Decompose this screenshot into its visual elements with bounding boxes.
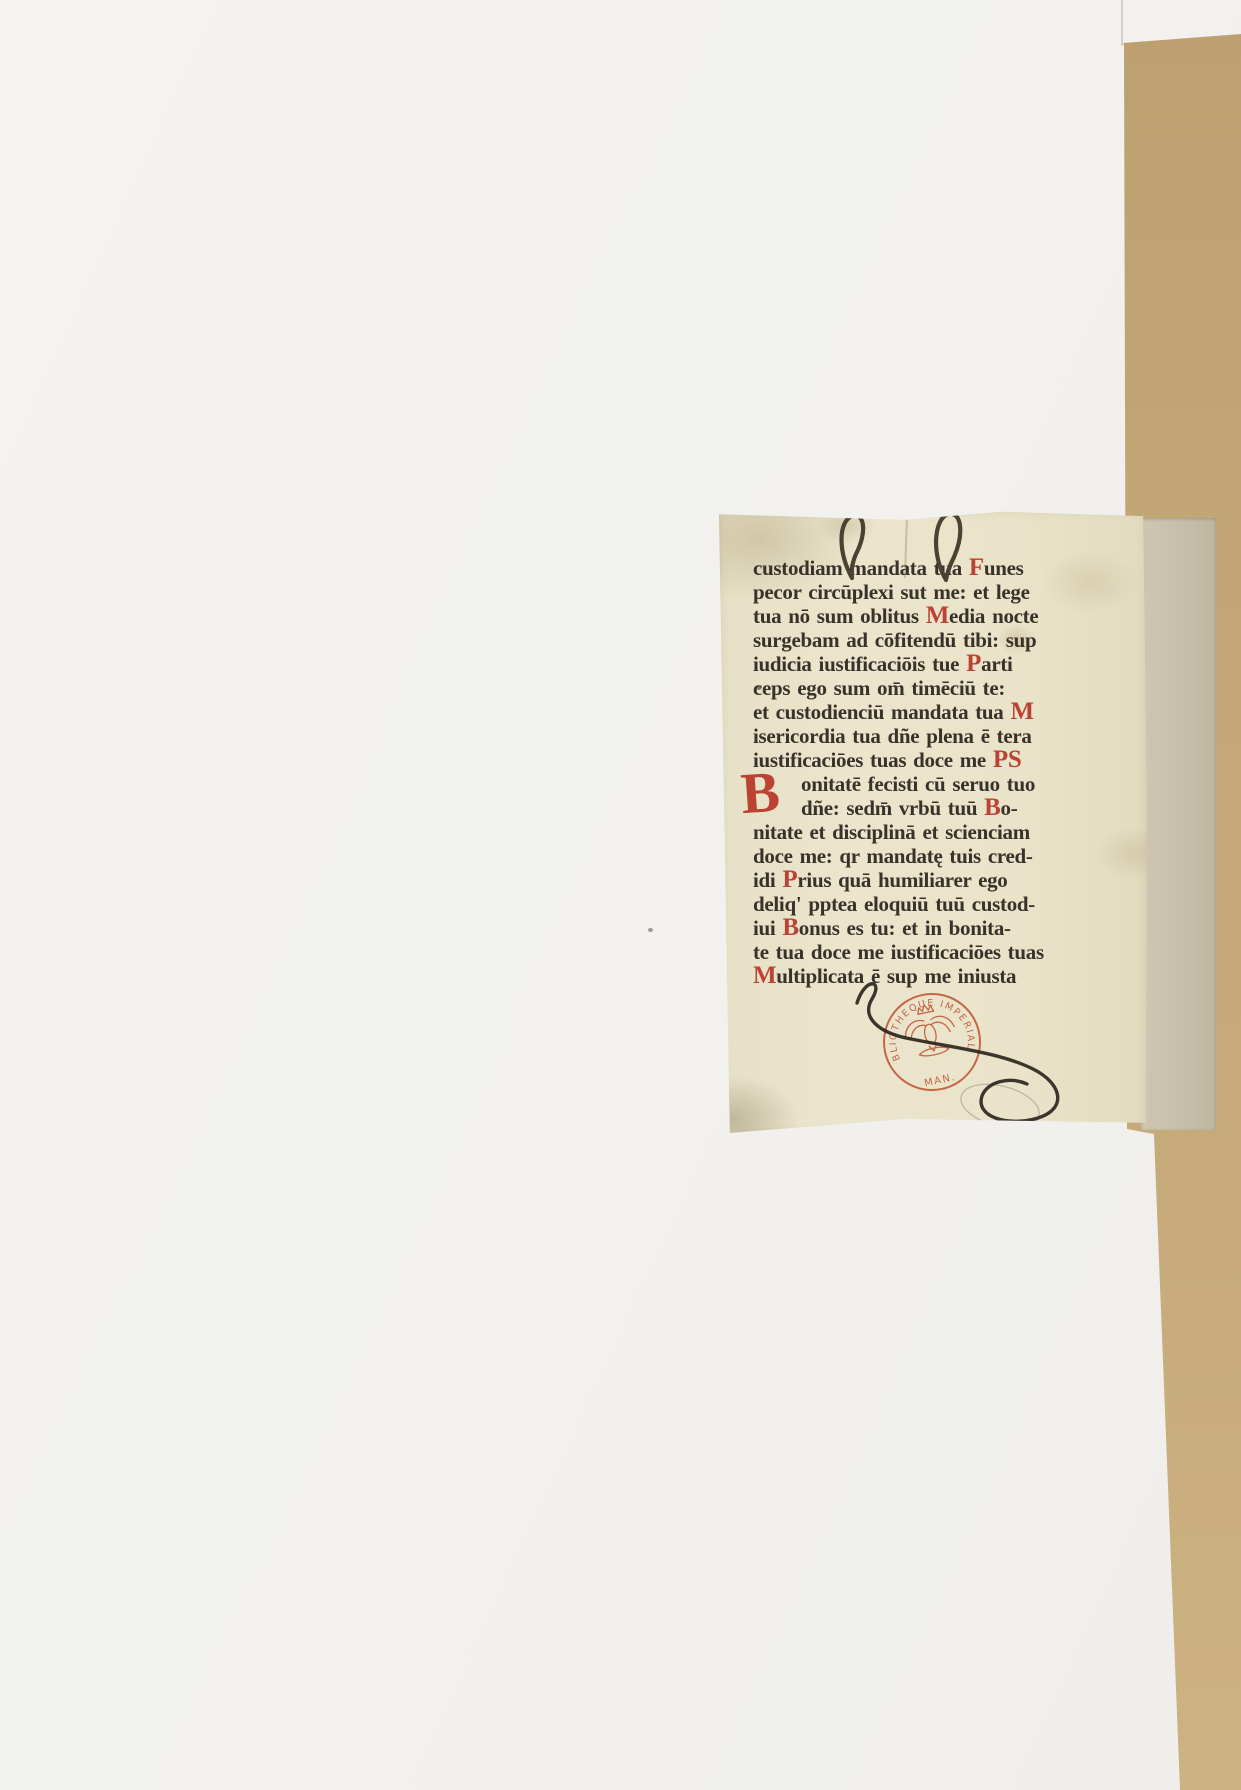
eagle-icon <box>900 1000 960 1060</box>
rubric-text: B <box>782 914 798 941</box>
ink-text: surgebam ad cōfitendū tibi: sup <box>753 628 1036 652</box>
ink-text: edia nocte <box>949 604 1038 628</box>
rubric-text: M <box>926 602 949 629</box>
rubric-text: P <box>782 866 797 893</box>
rubric-text: P <box>966 650 981 677</box>
ink-text: ultiplicata ē sup me iniusta <box>776 964 1016 988</box>
rubric-text: M <box>1010 698 1033 725</box>
pencil-oval <box>956 1077 1043 1135</box>
manuscript-text-line: iui Bonus es tu: et in bonita- <box>753 916 1145 940</box>
manuscript-text-line: et custodienciū mandata tua M <box>753 700 1145 724</box>
ink-text: isericordia tua dñe plena ē tera <box>753 724 1032 748</box>
manuscript-text-line: idi Prius quā humiliarer ego <box>753 868 1145 892</box>
ink-text: onitatē fecisti cū seruo tuo <box>801 772 1035 796</box>
manuscript-text-line: iustificaciōes tuas doce me PS <box>753 748 1145 772</box>
large-rubric-initial: B <box>739 763 782 824</box>
manuscript-text-line: te tua doce me iustificaciōes tuas <box>753 940 1145 964</box>
manuscript-text-line: nitate et disciplinā et scienciam <box>753 820 1145 844</box>
ink-text: iui <box>753 916 782 940</box>
manuscript-text-line: Multiplicata ē sup me iniusta <box>753 964 1145 988</box>
ink-text: idi <box>753 868 782 892</box>
ink-text: iudicia iustificaciōis tue <box>753 652 966 676</box>
rubric-text: PS <box>993 746 1022 773</box>
ink-text: iustificaciōes tuas doce me <box>753 748 993 772</box>
ink-text: o- <box>1001 796 1018 820</box>
manuscript-text-line: isericordia tua dñe plena ē tera <box>753 724 1145 748</box>
ink-text: deliq' pptea eloquiū tuū custod- <box>753 892 1035 916</box>
ink-text: et custodienciū mandata tua <box>753 700 1010 724</box>
manuscript-text-line: doce me: qr mandatę tuis cred- <box>753 844 1145 868</box>
ink-text: pecor circūplexi sut me: et lege <box>753 580 1030 604</box>
manuscript-text-line: dñe: sedm̄ vrbū tuū Bo- <box>753 796 1145 820</box>
ink-text: onus es tu: et in bonita- <box>799 916 1011 940</box>
rubric-text: M <box>753 962 776 989</box>
ink-text: unes <box>984 556 1024 580</box>
pen-flourish <box>857 984 1058 1122</box>
manuscript-text-line: onitatē fecisti cū seruo tuo <box>753 772 1145 796</box>
mounting-guard-strip <box>1141 518 1216 1130</box>
manuscript-text-line: iudicia iustificaciōis tue Parti <box>753 652 1145 676</box>
ink-text: nitate et disciplinā et scienciam <box>753 820 1030 844</box>
paper-edge-crease <box>1121 0 1123 46</box>
ink-text: te tua doce me iustificaciōes tuas <box>753 940 1044 964</box>
ink-text: doce me: qr mandatę tuis cred- <box>753 844 1033 868</box>
ink-text: rius quā humiliarer ego <box>797 868 1007 892</box>
ink-text: tua nō sum oblitus <box>753 604 926 628</box>
rubric-text: F <box>969 554 984 581</box>
ink-text: arti <box>981 652 1012 676</box>
manuscript-text-line: deliq' pptea eloquiū tuū custod- <box>753 892 1145 916</box>
manuscript-text-line: ceps ego sum om̄ timēciū te: <box>753 676 1145 700</box>
ink-text: ceps ego sum om̄ timēciū te: <box>753 676 1005 700</box>
ink-text: dñe: sedm̄ vrbū tuū <box>801 796 984 820</box>
paper-speck <box>648 928 653 932</box>
manuscript-text-line: surgebam ad cōfitendū tibi: sup <box>753 628 1145 652</box>
stamp-bottom-text: MAN. <box>923 1072 957 1089</box>
manuscript-leaf: custodiam mandata tua Funespecor circūpl… <box>715 506 1151 1138</box>
ink-text: custodiam mandata tua <box>753 556 969 580</box>
rubric-text: B <box>984 794 1000 821</box>
manuscript-text-line: tua nō sum oblitus Media nocte <box>753 604 1145 628</box>
manuscript-text-line: custodiam mandata tua Funes <box>753 556 1145 580</box>
manuscript-text: custodiam mandata tua Funespecor circūpl… <box>753 556 1145 988</box>
manuscript-text-line: pecor circūplexi sut me: et lege <box>753 580 1145 604</box>
scanned-page: custodiam mandata tua Funespecor circūpl… <box>0 0 1241 1790</box>
